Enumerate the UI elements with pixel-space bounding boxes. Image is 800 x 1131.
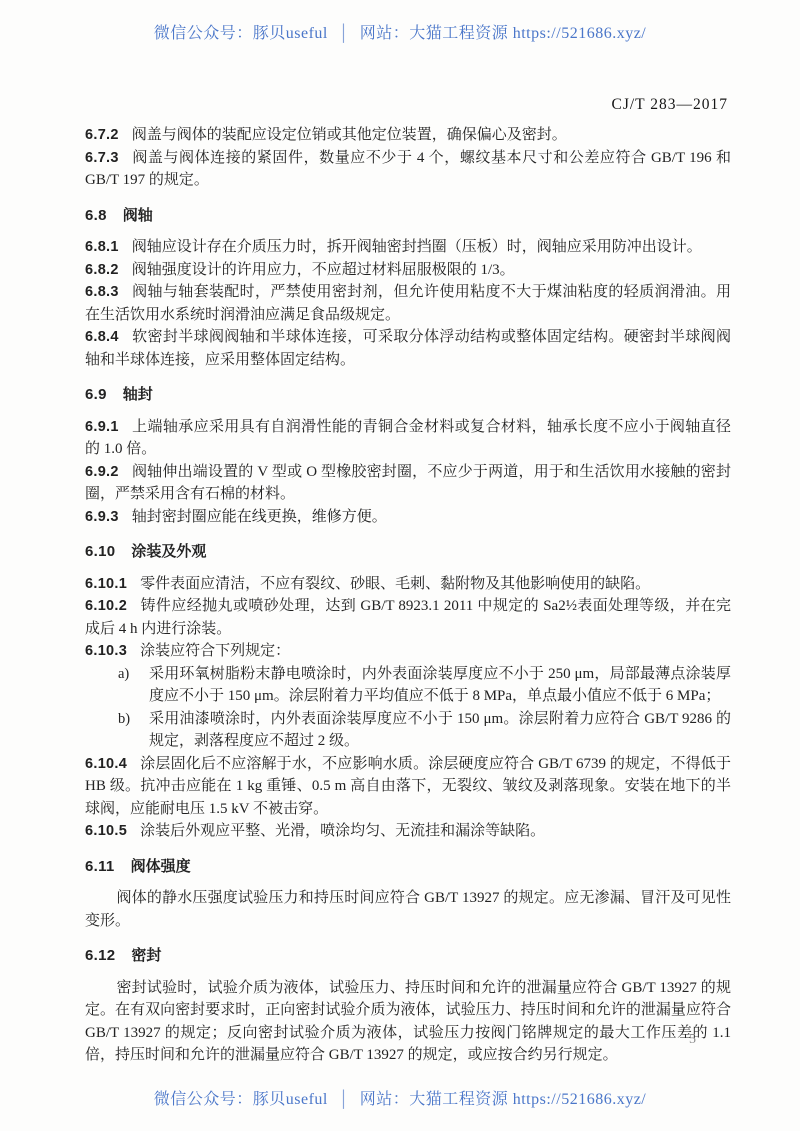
document-body: 6.7.2阀盖与阀体的装配应设定位销或其他定位装置，确保偏心及密封。6.7.3阀…: [85, 124, 731, 1067]
list-item: a)采用环氧树脂粉末静电喷涂时，内外表面涂装厚度应不小于 250 μm，局部最薄…: [85, 663, 731, 708]
wechat-account-label: 微信公众号：豚贝useful: [154, 25, 328, 42]
clause-text: 阀轴应设计存在介质压力时，拆开阀轴密封挡圈（压板）时，阀轴应采用防冲出设计。: [132, 239, 702, 255]
clause-number: 6.8.3: [85, 284, 119, 300]
clause-text: 轴封密封圈应能在线更换，维修方便。: [132, 509, 387, 525]
clause: 6.7.2阀盖与阀体的装配应设定位销或其他定位装置，确保偏心及密封。: [85, 124, 731, 147]
clause-text: 上端轴承应采用具有自润滑性能的青铜合金材料或复合材料，轴承长度不应小于阀轴直径的…: [85, 419, 731, 458]
clause-number: 6.10.4: [85, 756, 127, 772]
clause-number: 6.7.2: [85, 127, 119, 143]
clause: 6.9.2阀轴伸出端设置的 V 型或 O 型橡胶密封圈，不应少于两道，用于和生活…: [85, 461, 731, 506]
clause-number: 6.9.1: [85, 419, 119, 435]
section-number: 6.8: [85, 207, 107, 224]
clause: 6.7.3阀盖与阀体连接的紧固件，数量应不少于 4 个，螺纹基本尺寸和公差应符合…: [85, 147, 731, 192]
section-number: 6.12: [85, 947, 115, 964]
section-title: 轴封: [123, 386, 153, 403]
clause-text: 涂装后外观应平整、光滑，喷涂均匀、无流挂和漏涂等缺陷。: [140, 823, 545, 839]
clause-number: 6.8.2: [85, 262, 119, 278]
clause-number: 6.10.1: [85, 576, 127, 592]
watermark-separator: │: [328, 1091, 360, 1108]
section-heading: 6.8阀轴: [85, 205, 731, 228]
clause-text: 铸件应经抛丸或喷砂处理，达到 GB/T 8923.1 2011 中规定的 Sa2…: [85, 598, 731, 637]
clause-number: 6.7.3: [85, 150, 119, 166]
paragraph: 密封试验时，试验介质为液体，试验压力、持压时间和允许的泄漏量应符合 GB/T 1…: [85, 977, 731, 1067]
watermark-separator: │: [328, 25, 360, 42]
site-url: https://521686.xyz/: [513, 1091, 647, 1108]
clause-number: 6.8.1: [85, 239, 119, 255]
document-page: 微信公众号：豚贝useful│网站：大猫工程资源 https://521686.…: [0, 0, 800, 1131]
wechat-account-label: 微信公众号：豚贝useful: [154, 1091, 328, 1108]
clause-text: 阀盖与阀体的装配应设定位销或其他定位装置，确保偏心及密封。: [132, 127, 567, 143]
clause-number: 6.10.3: [85, 643, 127, 659]
clause: 6.10.4涂层固化后不应溶解于水，不应影响水质。涂层硬度应符合 GB/T 67…: [85, 753, 731, 821]
clause-text: 零件表面应清洁，不应有裂纹、砂眼、毛刺、黏附物及其他影响使用的缺陷。: [140, 576, 650, 592]
clause-number: 6.8.4: [85, 329, 119, 345]
clause-number: 6.10.2: [85, 598, 127, 614]
section-heading: 6.12密封: [85, 945, 731, 968]
standard-code: CJ/T 283—2017: [612, 96, 729, 114]
clause-text: 涂装应符合下列规定：: [140, 643, 290, 659]
section-heading: 6.10涂装及外观: [85, 541, 731, 564]
clause-number: 6.9.2: [85, 464, 119, 480]
site-url: https://521686.xyz/: [513, 25, 647, 42]
clause-number: 6.9.3: [85, 509, 119, 525]
clause: 6.8.1阀轴应设计存在介质压力时，拆开阀轴密封挡圈（压板）时，阀轴应采用防冲出…: [85, 236, 731, 259]
section-title: 密封: [131, 947, 161, 964]
clause-number: 6.10.5: [85, 823, 127, 839]
watermark-bottom: 微信公众号：豚贝useful│网站：大猫工程资源 https://521686.…: [0, 1086, 800, 1109]
clause: 6.10.1零件表面应清洁，不应有裂纹、砂眼、毛刺、黏附物及其他影响使用的缺陷。: [85, 573, 731, 596]
clause-text: 阀轴伸出端设置的 V 型或 O 型橡胶密封圈，不应少于两道，用于和生活饮用水接触…: [85, 464, 731, 503]
section-heading: 6.9轴封: [85, 384, 731, 407]
site-label: 网站：大猫工程资源: [360, 1091, 509, 1108]
list-item: b)采用油漆喷涂时，内外表面涂装厚度应不小于 150 μm。涂层附着力应符合 G…: [85, 708, 731, 753]
section-number: 6.11: [85, 858, 115, 875]
section-title: 涂装及外观: [131, 543, 206, 560]
clause-text: 阀盖与阀体连接的紧固件，数量应不少于 4 个，螺纹基本尺寸和公差应符合 GB/T…: [85, 150, 731, 189]
clause: 6.9.1上端轴承应采用具有自润滑性能的青铜合金材料或复合材料，轴承长度不应小于…: [85, 416, 731, 461]
list-text: 采用环氧树脂粉末静电喷涂时，内外表面涂装厚度应不小于 250 μm，局部最薄点涂…: [149, 663, 731, 708]
clause: 6.8.2阀轴强度设计的许用应力，不应超过材料屈服极限的 1/3。: [85, 259, 731, 282]
clause-text: 阀轴强度设计的许用应力，不应超过材料屈服极限的 1/3。: [132, 262, 515, 278]
clause: 6.10.3涂装应符合下列规定：: [85, 640, 731, 663]
clause: 6.10.5涂装后外观应平整、光滑，喷涂均匀、无流挂和漏涂等缺陷。: [85, 820, 731, 843]
section-number: 6.10: [85, 543, 115, 560]
clause-text: 阀轴与轴套装配时，严禁使用密封剂，但允许使用粘度不大于煤油粘度的轻质润滑油。用在…: [85, 284, 731, 323]
section-title: 阀体强度: [131, 858, 191, 875]
clause-text: 涂层固化后不应溶解于水，不应影响水质。涂层硬度应符合 GB/T 6739 的规定…: [85, 756, 731, 817]
clause: 6.8.3阀轴与轴套装配时，严禁使用密封剂，但允许使用粘度不大于煤油粘度的轻质润…: [85, 281, 731, 326]
clause: 6.10.2铸件应经抛丸或喷砂处理，达到 GB/T 8923.1 2011 中规…: [85, 595, 731, 640]
page-number: 5: [689, 1032, 696, 1048]
watermark-top: 微信公众号：豚贝useful│网站：大猫工程资源 https://521686.…: [0, 20, 800, 43]
section-heading: 6.11阀体强度: [85, 856, 731, 879]
site-label: 网站：大猫工程资源: [360, 25, 509, 42]
clause: 6.9.3轴封密封圈应能在线更换，维修方便。: [85, 506, 731, 529]
list-marker: b): [118, 708, 149, 753]
paragraph: 阀体的静水压强度试验压力和持压时间应符合 GB/T 13927 的规定。应无渗漏…: [85, 887, 731, 932]
list-text: 采用油漆喷涂时，内外表面涂装厚度应不小于 150 μm。涂层附着力应符合 GB/…: [149, 708, 731, 753]
section-number: 6.9: [85, 386, 107, 403]
clause: 6.8.4软密封半球阀阀轴和半球体连接，可采取分体浮动结构或整体固定结构。硬密封…: [85, 326, 731, 371]
clause-text: 软密封半球阀阀轴和半球体连接，可采取分体浮动结构或整体固定结构。硬密封半球阀阀轴…: [85, 329, 731, 368]
list-marker: a): [118, 663, 149, 708]
section-title: 阀轴: [123, 207, 153, 224]
